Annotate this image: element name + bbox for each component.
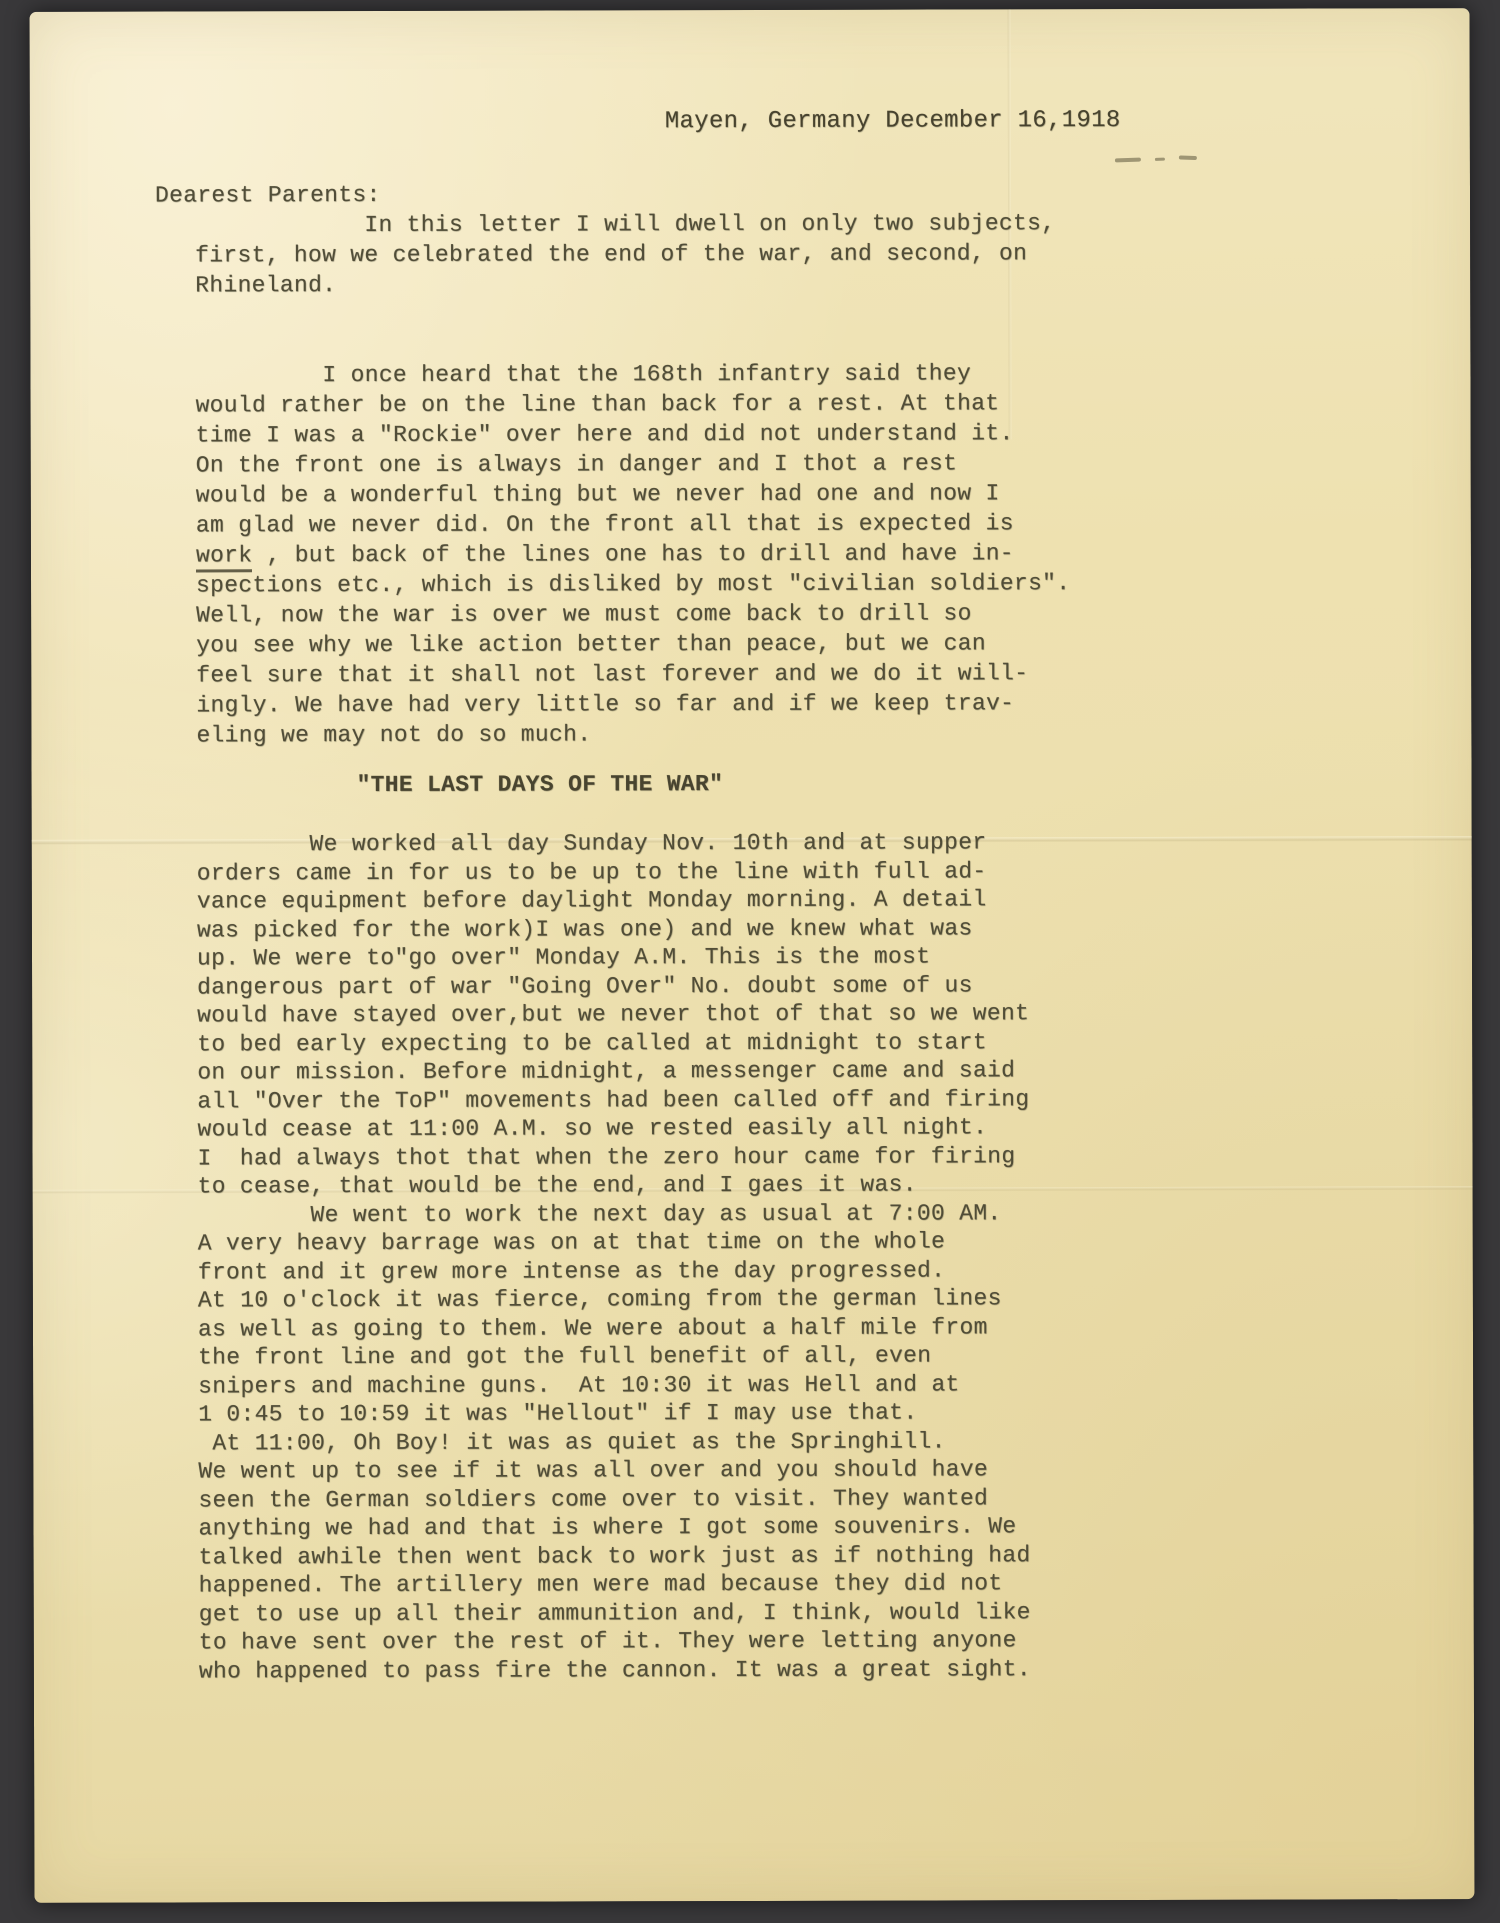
- letter-page: Mayen, Germany December 16,1918 Dearest …: [30, 8, 1475, 1903]
- letter-content: Mayen, Germany December 16,1918 Dearest …: [30, 104, 1474, 1686]
- paragraph-rest-vs-line: I once heard that the 168th infantry sai…: [195, 357, 1411, 750]
- paragraph-rest-text-before: I once heard that the 168th infantry sai…: [195, 360, 1013, 538]
- dateline: Mayen, Germany December 16,1918: [665, 104, 1410, 137]
- section-heading: "THE LAST DAYS OF THE WAR": [197, 767, 1412, 800]
- paragraph-intro: In this letter I will dwell on only two …: [195, 207, 1410, 300]
- underlined-word: work: [196, 542, 253, 572]
- paragraph-last-days: We worked all day Sunday Nov. 10th and a…: [197, 827, 1414, 1685]
- salutation: Dearest Parents:: [155, 177, 1410, 210]
- paragraph-rest-text-after: , but back of the lines one has to drill…: [196, 540, 1070, 748]
